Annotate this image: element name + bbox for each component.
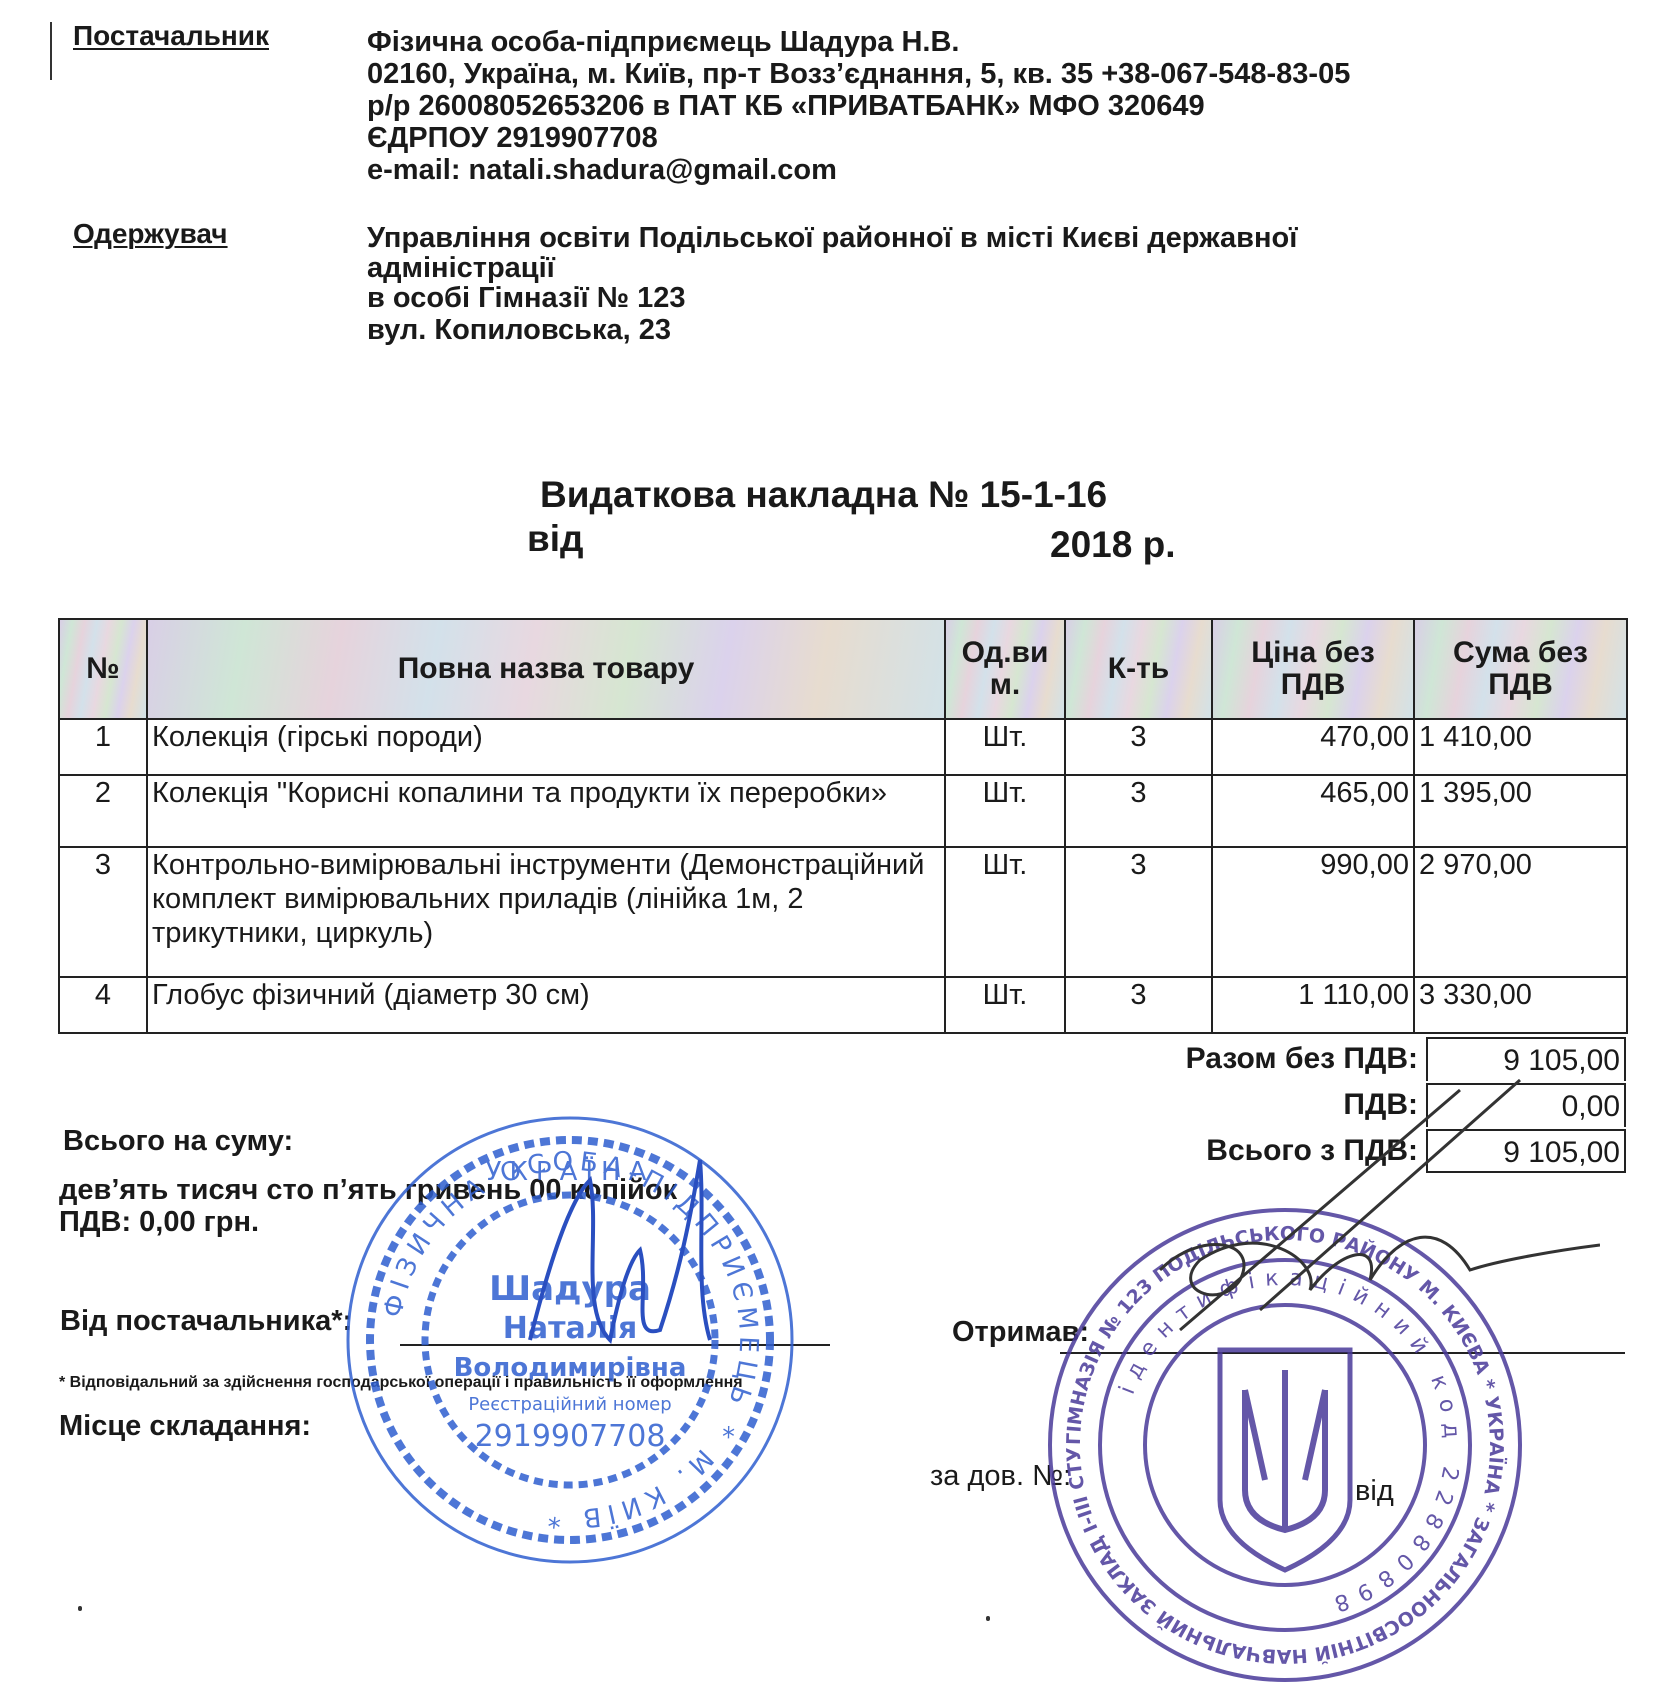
row-price: 1 110,00	[1212, 977, 1414, 1033]
supplier-signature-line	[400, 1344, 830, 1346]
vat-label: ПДВ:	[1343, 1088, 1426, 1122]
scan-edge-mark	[50, 22, 52, 80]
subtotal-label: Разом без ПДВ:	[1186, 1042, 1426, 1076]
total-value: 9 105,00	[1426, 1129, 1626, 1173]
svg-text:ГІМНАЗІЯ № 123 ПОДІЛЬСЬКОГО РА: ГІМНАЗІЯ № 123 ПОДІЛЬСЬКОГО РАЙОНУ М. КИ…	[1040, 1200, 1509, 1667]
row-name: Глобус фізичний (діаметр 30 см)	[147, 977, 945, 1033]
scan-speck	[986, 1616, 990, 1621]
row-qty: 3	[1065, 977, 1212, 1033]
vat-value: 0,00	[1426, 1083, 1626, 1127]
row-price: 990,00	[1212, 847, 1414, 977]
totals-block: Разом без ПДВ: 9 105,00 ПДВ: 0,00 Всього…	[1100, 1036, 1626, 1174]
row-sum: 2 970,00	[1414, 847, 1627, 977]
supplier-edrpou: ЄДРПОУ 2919907708	[367, 122, 1350, 154]
header-unit: Од.ви м.	[945, 619, 1065, 719]
recipient-signature-line	[1060, 1352, 1625, 1354]
trident-icon	[1220, 1350, 1350, 1570]
responsibility-footnote: * Відповідальний за здійснення господарс…	[59, 1374, 743, 1392]
from-supplier-label: Від постачальника*:	[60, 1305, 352, 1338]
amount-in-words-label: Всього на суму:	[63, 1125, 293, 1158]
supplier-name: Фізична особа-підприємець Шадура Н.В.	[367, 26, 1350, 58]
row-sum: 3 330,00	[1414, 977, 1627, 1033]
document-date-prefix: від	[527, 518, 584, 560]
supplier-details: Фізична особа-підприємець Шадура Н.В. 02…	[367, 26, 1350, 186]
recipient-represented-by: в особі Гімназії № 123	[367, 282, 1297, 314]
amount-in-words-text: дев’ять тисяч сто п’ять гривень 00 копій…	[59, 1174, 677, 1206]
total-row: Всього з ПДВ: 9 105,00	[1100, 1128, 1626, 1174]
header-num: №	[59, 619, 147, 719]
svg-text:ідентифікаційний код 22880898: ідентифікаційний код 22880898	[1115, 1266, 1465, 1619]
row-name: Контрольно-вимірювальні інструменти (Дем…	[147, 847, 945, 977]
row-unit: Шт.	[945, 977, 1065, 1033]
table-row: 4 Глобус фізичний (діаметр 30 см) Шт. 3 …	[59, 977, 1627, 1033]
items-table: № Повна назва товару Од.ви м. К-ть Ціна …	[58, 618, 1628, 1034]
row-unit: Шт.	[945, 847, 1065, 977]
row-qty: 3	[1065, 775, 1212, 847]
row-price: 470,00	[1212, 719, 1414, 775]
power-of-attorney-label: за дов. №:	[930, 1460, 1071, 1493]
supplier-address: 02160, Україна, м. Київ, пр-т Возз’єднан…	[367, 58, 1350, 90]
power-of-attorney-date-label: від	[1355, 1475, 1394, 1508]
row-num: 1	[59, 719, 147, 775]
document-date-year: 2018 р.	[1050, 524, 1175, 566]
recipient-org-cont: адміністрації	[367, 254, 1297, 282]
header-qty: К-ть	[1065, 619, 1212, 719]
row-num: 2	[59, 775, 147, 847]
supplier-stamp-name-2: Наталія	[503, 1311, 638, 1346]
recipient-org: Управління освіти Подільської районної в…	[367, 222, 1297, 254]
row-num: 3	[59, 847, 147, 977]
place-of-issue-label: Місце складання:	[59, 1410, 311, 1443]
recipient-label: Одержувач	[73, 218, 228, 250]
supplier-bank-account: р/р 26008052653206 в ПАТ КБ «ПРИВАТБАНК»…	[367, 90, 1350, 122]
total-label: Всього з ПДВ:	[1206, 1134, 1426, 1168]
subtotal-value: 9 105,00	[1426, 1037, 1626, 1081]
recipient-stamp: ГІМНАЗІЯ № 123 ПОДІЛЬСЬКОГО РАЙОНУ М. КИ…	[1040, 1200, 1530, 1690]
document-title: Видаткова накладна № 15-1-16	[540, 474, 1107, 516]
row-price: 465,00	[1212, 775, 1414, 847]
row-unit: Шт.	[945, 719, 1065, 775]
supplier-stamp-reg-number: 2919907708	[475, 1419, 666, 1454]
table-row: 2 Колекція "Корисні копалини та продукти…	[59, 775, 1627, 847]
row-qty: 3	[1065, 719, 1212, 775]
amount-vat-text: ПДВ: 0,00 грн.	[59, 1206, 677, 1238]
amount-in-words: дев’ять тисяч сто п’ять гривень 00 копій…	[59, 1174, 677, 1238]
row-name: Колекція (гірські породи)	[147, 719, 945, 775]
table-row: 3 Контрольно-вимірювальні інструменти (Д…	[59, 847, 1627, 977]
header-sum: Сума без ПДВ	[1414, 619, 1627, 719]
supplier-stamp-name-1: Шадура	[489, 1269, 651, 1309]
row-name: Колекція "Корисні копалини та продукти ї…	[147, 775, 945, 847]
scan-speck	[78, 1606, 82, 1611]
row-unit: Шт.	[945, 775, 1065, 847]
supplier-label: Постачальник	[73, 20, 269, 52]
recipient-address: вул. Копиловська, 23	[367, 314, 1297, 346]
header-name: Повна назва товару	[147, 619, 945, 719]
subtotal-row: Разом без ПДВ: 9 105,00	[1100, 1036, 1626, 1082]
table-header-row: № Повна назва товару Од.ви м. К-ть Ціна …	[59, 619, 1627, 719]
row-sum: 1 410,00	[1414, 719, 1627, 775]
received-label: Отримав:	[952, 1316, 1089, 1349]
supplier-stamp-reg-label: Реєстраційний номер	[468, 1394, 671, 1415]
row-sum: 1 395,00	[1414, 775, 1627, 847]
recipient-details: Управління освіти Подільської районної в…	[367, 222, 1297, 346]
header-price: Ціна без ПДВ	[1212, 619, 1414, 719]
recipient-stamp-ring-text: ГІМНАЗІЯ № 123 ПОДІЛЬСЬКОГО РАЙОНУ М. КИ…	[1040, 1200, 1509, 1667]
supplier-email: e-mail: natali.shadura@gmail.com	[367, 154, 1350, 186]
table-row: 1 Колекція (гірські породи) Шт. 3 470,00…	[59, 719, 1627, 775]
row-qty: 3	[1065, 847, 1212, 977]
vat-row: ПДВ: 0,00	[1100, 1082, 1626, 1128]
recipient-stamp-inner-text: ідентифікаційний код 22880898	[1115, 1266, 1465, 1619]
row-num: 4	[59, 977, 147, 1033]
